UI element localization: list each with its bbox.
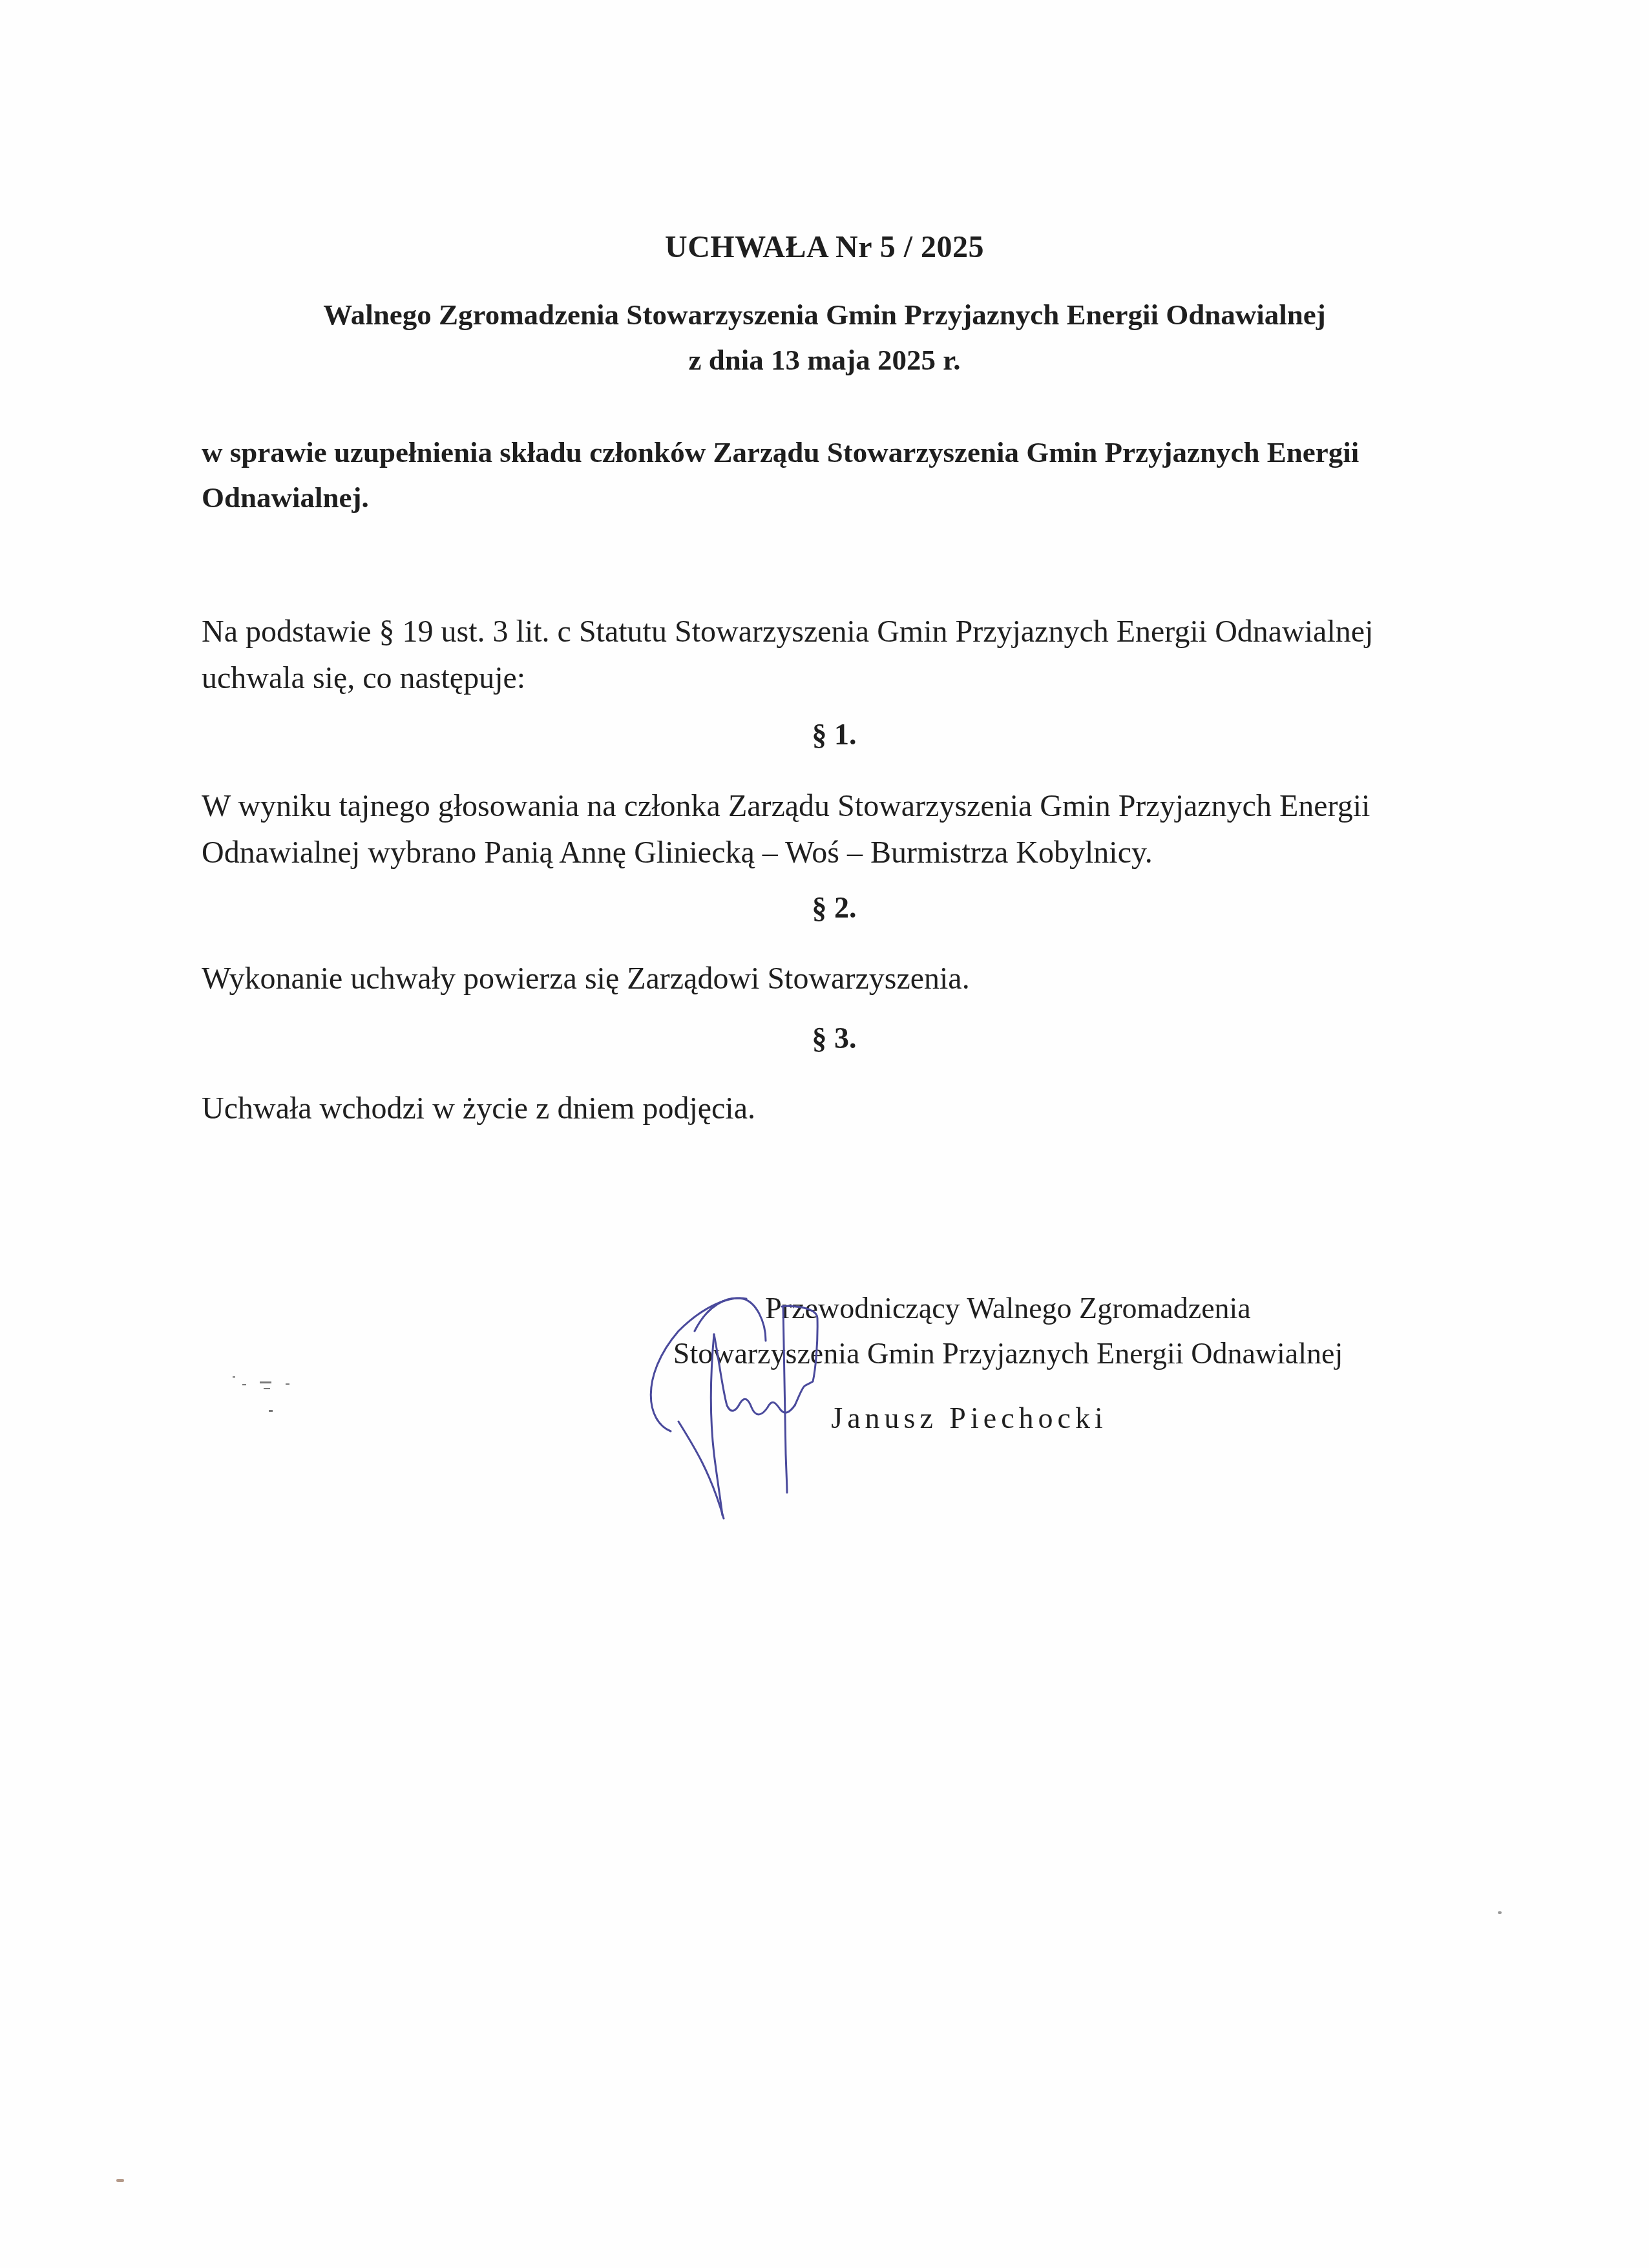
signatory-role-line-2: Stowarzyszenia Gmin Przyjaznych Energii … <box>582 1331 1434 1376</box>
section-heading-1: § 1. <box>0 717 1649 751</box>
date-line: z dnia 13 maja 2025 r. <box>0 337 1649 383</box>
resolution-title: UCHWAŁA Nr 5 / 2025 <box>0 229 1649 265</box>
legal-basis-paragraph: Na podstawie § 19 ust. 3 lit. c Statutu … <box>202 609 1468 702</box>
signatory-role-line-1: Przewodniczący Walnego Zgromadzenia <box>582 1286 1434 1331</box>
signatory-role: Przewodniczący Walnego Zgromadzenia Stow… <box>582 1286 1434 1376</box>
signatory-name: Janusz Piechocki <box>762 1401 1176 1435</box>
section-text-1: W wyniku tajnego głosowania na członka Z… <box>202 783 1468 876</box>
section-text-2: Wykonanie uchwały powierza się Zarządowi… <box>202 956 1468 1002</box>
document-page: UCHWAŁA Nr 5 / 2025 Walnego Zgromadzenia… <box>0 0 1649 2268</box>
issuer-line: Walnego Zgromadzenia Stowarzyszenia Gmin… <box>0 292 1649 337</box>
scan-speck-icon <box>213 1370 291 1415</box>
scan-speck-icon <box>1498 1911 1502 1914</box>
resolution-issuer-header: Walnego Zgromadzenia Stowarzyszenia Gmin… <box>0 292 1649 383</box>
section-text-3: Uchwała wchodzi w życie z dniem podjęcia… <box>202 1086 1468 1132</box>
resolution-subject: w sprawie uzupełnienia składu członków Z… <box>202 430 1468 520</box>
section-heading-3: § 3. <box>0 1021 1649 1055</box>
scan-speck-icon <box>116 2179 124 2182</box>
section-heading-2: § 2. <box>0 890 1649 925</box>
